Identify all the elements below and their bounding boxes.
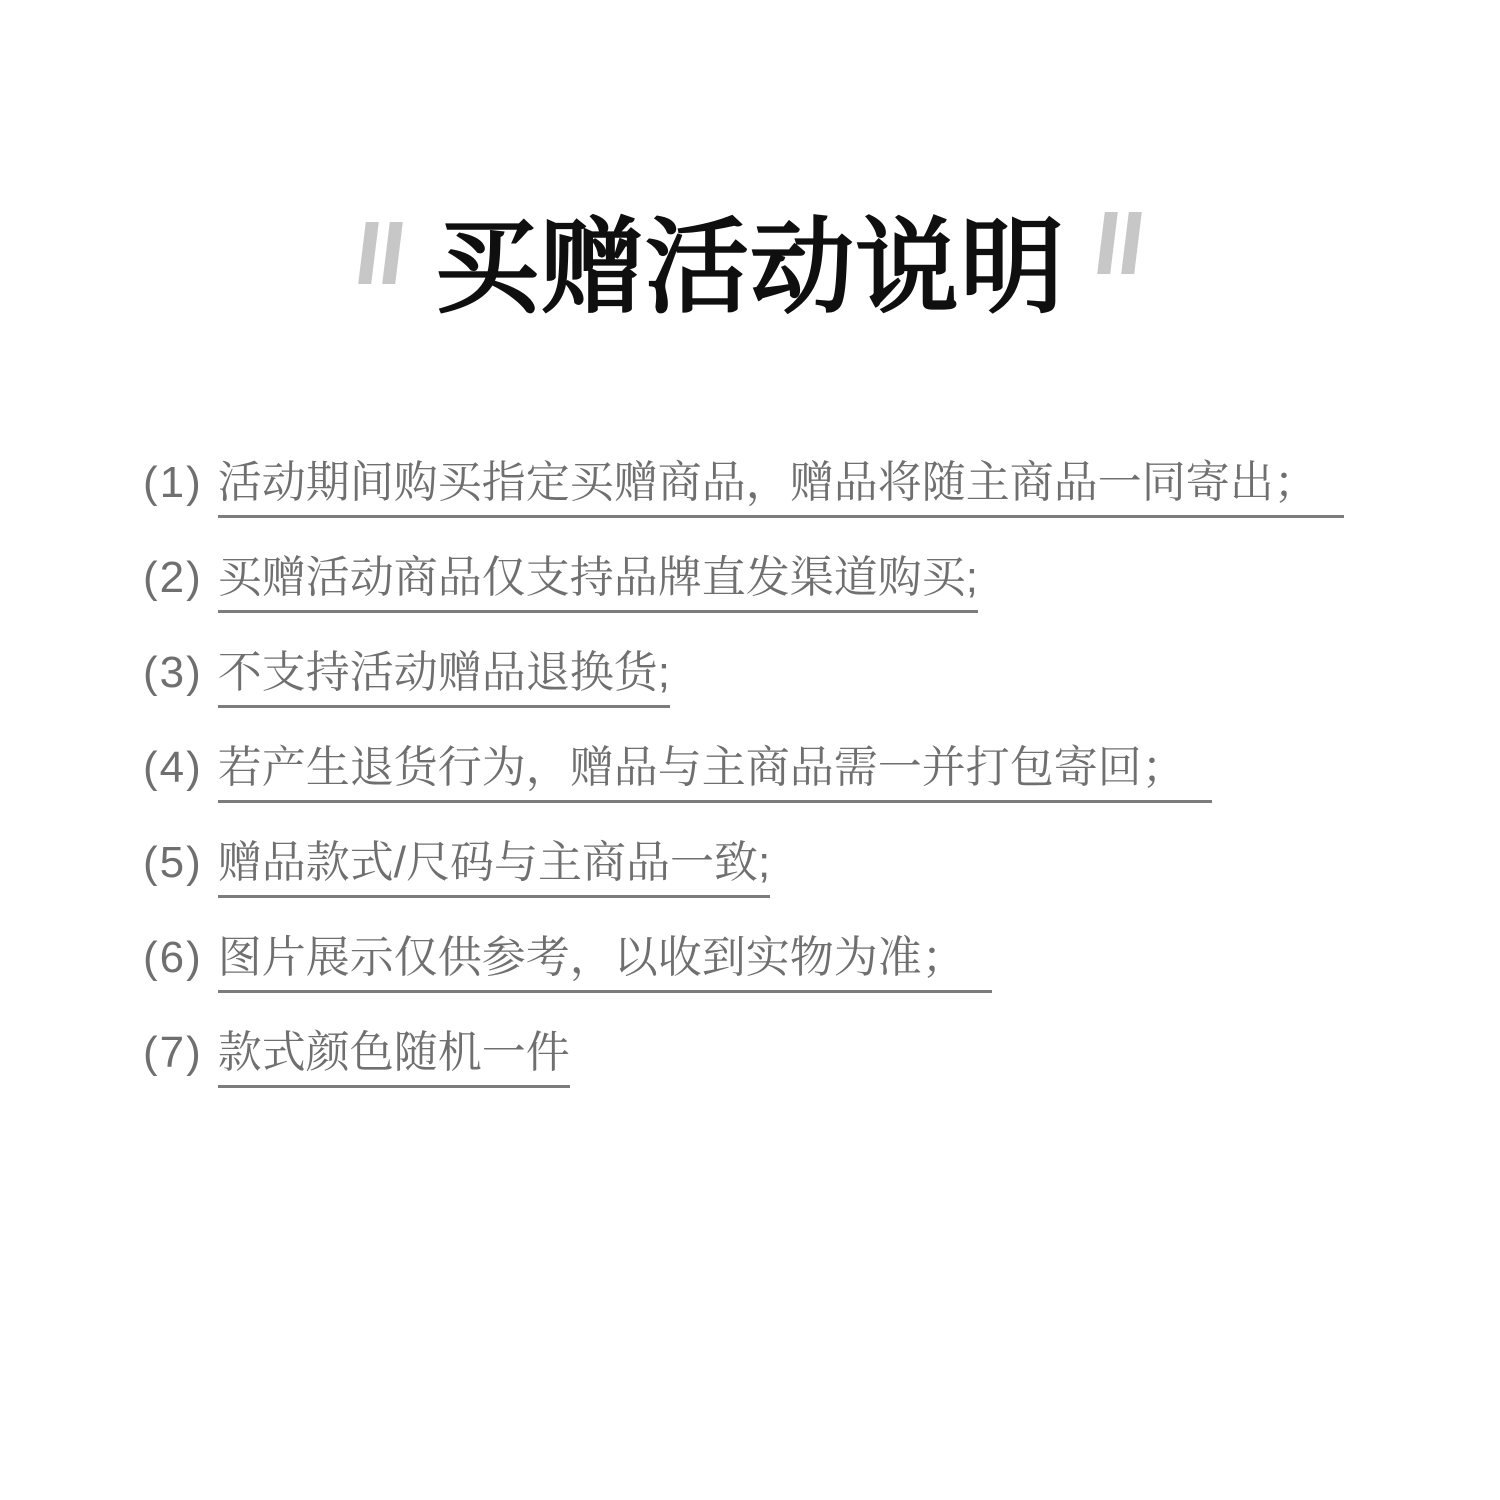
item-number: (4) — [143, 743, 203, 793]
quote-bar — [382, 222, 403, 284]
item-text: 图片展示仅供参考，以收到实物为准； — [218, 933, 992, 993]
promo-notice-page: 买赠活动说明 (1)活动期间购买指定买赠商品，赠品将随主商品一同寄出； (2)买… — [0, 0, 1500, 1500]
close-quote-icon — [1101, 212, 1138, 274]
title-row: 买赠活动说明 — [0, 210, 1500, 326]
quote-bar — [1097, 212, 1118, 274]
list-item: (6)图片展示仅供参考，以收到实物为准； — [143, 933, 1440, 983]
item-number: (7) — [143, 1028, 203, 1078]
item-text: 款式颜色随机一件 — [218, 1028, 570, 1088]
page-title: 买赠活动说明 — [435, 210, 1065, 326]
list-item: (2)买赠活动商品仅支持品牌直发渠道购买; — [143, 553, 1440, 603]
list-item: (4)若产生退货行为，赠品与主商品需一并打包寄回； — [143, 743, 1440, 793]
list-item: (1)活动期间购买指定买赠商品，赠品将随主商品一同寄出； — [143, 458, 1440, 508]
item-number: (1) — [143, 458, 203, 508]
item-number: (3) — [143, 648, 203, 698]
item-text: 买赠活动商品仅支持品牌直发渠道购买; — [218, 553, 978, 613]
notes-list: (1)活动期间购买指定买赠商品，赠品将随主商品一同寄出； (2)买赠活动商品仅支… — [143, 458, 1440, 1123]
item-text: 活动期间购买指定买赠商品，赠品将随主商品一同寄出； — [218, 458, 1344, 518]
item-number: (5) — [143, 838, 203, 888]
item-text: 赠品款式/尺码与主商品一致; — [218, 838, 770, 898]
item-text: 若产生退货行为，赠品与主商品需一并打包寄回； — [218, 743, 1212, 803]
quote-bar — [358, 222, 379, 284]
list-item: (5)赠品款式/尺码与主商品一致; — [143, 838, 1440, 888]
item-text: 不支持活动赠品退换货; — [218, 648, 670, 708]
list-item: (3)不支持活动赠品退换货; — [143, 648, 1440, 698]
item-number: (2) — [143, 553, 203, 603]
quote-bar — [1121, 212, 1142, 274]
item-number: (6) — [143, 933, 203, 983]
list-item: (7)款式颜色随机一件 — [143, 1028, 1440, 1078]
open-quote-icon — [362, 222, 399, 284]
